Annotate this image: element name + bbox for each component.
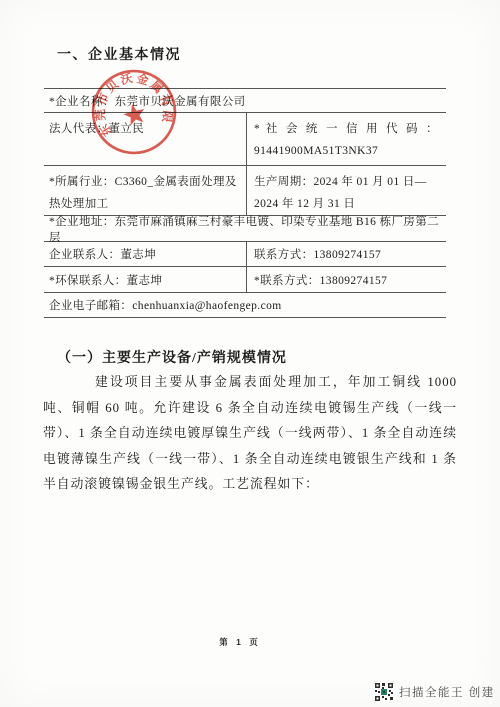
qr-scan-icon [374, 682, 394, 702]
table-row: 企业电子邮箱：chenhuanxia@haofengep.com [44, 293, 446, 318]
table-row: 法人代表：董立民 * 社 会 统 一 信 用 代 码 ： 91441900MA5… [44, 113, 446, 166]
production-period-cell: 生产周期：2024 年 01 月 01 日—2024 年 12 月 31 日 [246, 166, 446, 215]
scanned-document-page: 一、企业基本情况 *企业名称：东莞市贝沃金属有限公司 法人代表：董立民 * 社 … [0, 0, 500, 707]
enterprise-info-table: *企业名称：东莞市贝沃金属有限公司 法人代表：董立民 * 社 会 统 一 信 用… [44, 88, 446, 318]
contact-phone-cell: 联系方式：13809274157 [246, 242, 446, 266]
credit-code-label: * 社 会 统 一 信 用 代 码 ： [254, 119, 446, 141]
camscanner-label: 扫描全能王 创建 [399, 684, 495, 700]
table-row: 企业联系人：董志坤 联系方式：13809274157 [44, 242, 446, 267]
table-row: *企业地址：东莞市麻涌镇麻三村豪丰电镀、印染专业基地 B16 栋厂房第二层 [44, 216, 446, 242]
legal-rep-cell: 法人代表：董立民 [44, 113, 246, 165]
credit-code-cell: * 社 会 统 一 信 用 代 码 ： 91441900MA51T3NK37 [246, 113, 446, 165]
credit-code-value: 91441900MA51T3NK37 [254, 141, 446, 163]
env-contact-phone-cell: *联系方式：13809274157 [246, 267, 446, 292]
table-row: *所属行业：C3360_金属表面处理及热处理加工 生产周期：2024 年 01 … [44, 166, 446, 216]
body-paragraph: 建设项目主要从事金属表面处理加工，年加工铜线 1000 吨、铜帽 60 吨。允许… [43, 370, 457, 498]
table-row: *企业名称：东莞市贝沃金属有限公司 [44, 89, 446, 113]
industry-cell: *所属行业：C3360_金属表面处理及热处理加工 [44, 166, 246, 215]
contact-person-cell: 企业联系人：董志坤 [44, 242, 246, 266]
page-number: 第 1 页 [0, 636, 480, 648]
section-heading: （一）主要生产设备/产销规模情况 [57, 347, 287, 367]
env-contact-person-cell: *环保联系人：董志坤 [44, 267, 246, 292]
address-cell: *企业地址：东莞市麻涌镇麻三村豪丰电镀、印染专业基地 B16 栋厂房第二层 [44, 216, 446, 241]
document-title: 一、企业基本情况 [57, 44, 181, 64]
email-cell: 企业电子邮箱：chenhuanxia@haofengep.com [44, 293, 446, 317]
camscanner-watermark: 扫描全能王 创建 [374, 682, 495, 702]
table-row: *环保联系人：董志坤 *联系方式：13809274157 [44, 267, 446, 293]
company-name-cell: *企业名称：东莞市贝沃金属有限公司 [44, 89, 446, 112]
